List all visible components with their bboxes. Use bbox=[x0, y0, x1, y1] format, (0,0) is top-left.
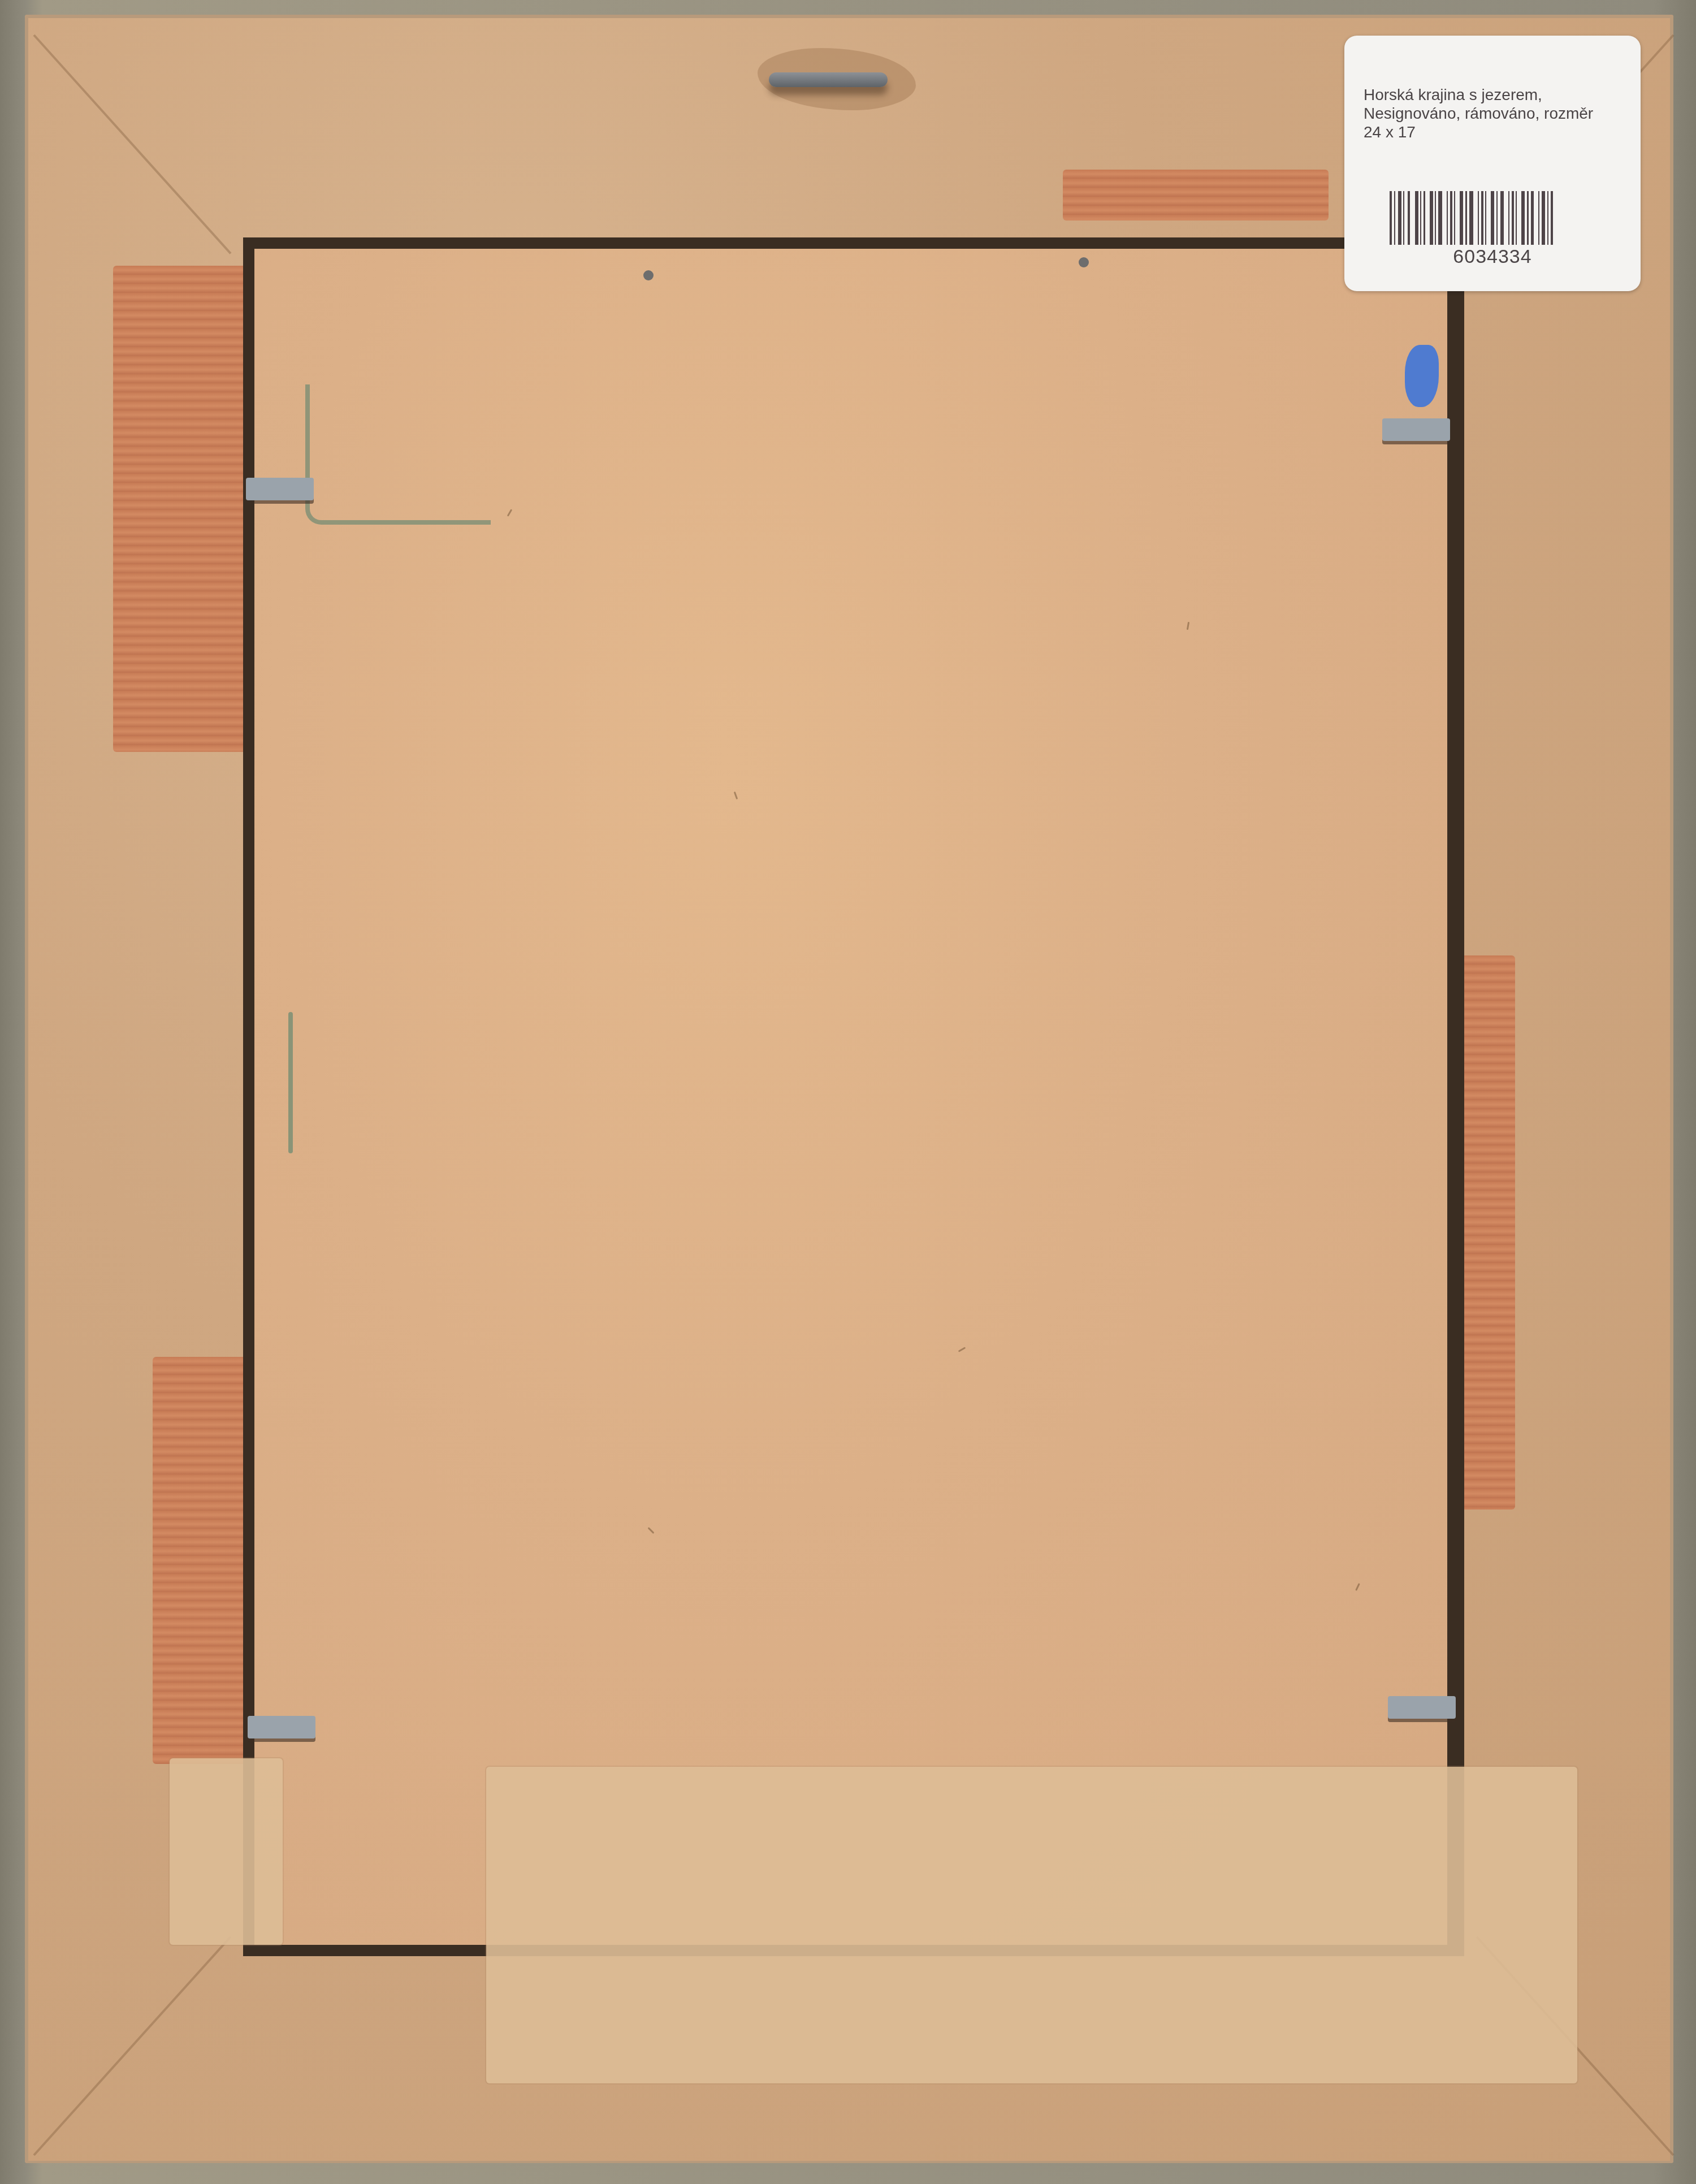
barcode-number: 6034334 bbox=[1344, 246, 1641, 268]
inventory-label: Horská krajina s jezerem, Nesignováno, r… bbox=[1344, 36, 1641, 291]
adhesive-tape-corner-left bbox=[170, 1758, 283, 1945]
label-description: Horská krajina s jezerem, Nesignováno, r… bbox=[1364, 85, 1629, 141]
exposed-wood-left-lower bbox=[153, 1357, 249, 1764]
metal-clip-bottom-right bbox=[1388, 1696, 1456, 1719]
stamp-vertical-line bbox=[288, 1012, 293, 1153]
nail-head bbox=[643, 270, 654, 280]
label-details: Nesignováno, rámováno, rozměr bbox=[1364, 104, 1629, 123]
exposed-wood-left-upper bbox=[113, 266, 249, 752]
nail-head bbox=[1079, 257, 1089, 267]
metal-clip-top-left bbox=[246, 478, 314, 500]
stamp-frame-mark bbox=[305, 384, 491, 525]
hanging-wire-loop bbox=[769, 72, 888, 87]
metal-clip-top-right bbox=[1382, 418, 1450, 441]
metal-clip-bottom-left bbox=[248, 1716, 315, 1738]
exposed-wood-top-right bbox=[1063, 170, 1329, 220]
blue-paint-patch bbox=[1405, 345, 1439, 407]
label-size: 24 x 17 bbox=[1364, 123, 1629, 141]
label-title: Horská krajina s jezerem, bbox=[1364, 85, 1629, 104]
barcode bbox=[1390, 191, 1595, 245]
adhesive-tape-bottom bbox=[486, 1767, 1577, 2083]
